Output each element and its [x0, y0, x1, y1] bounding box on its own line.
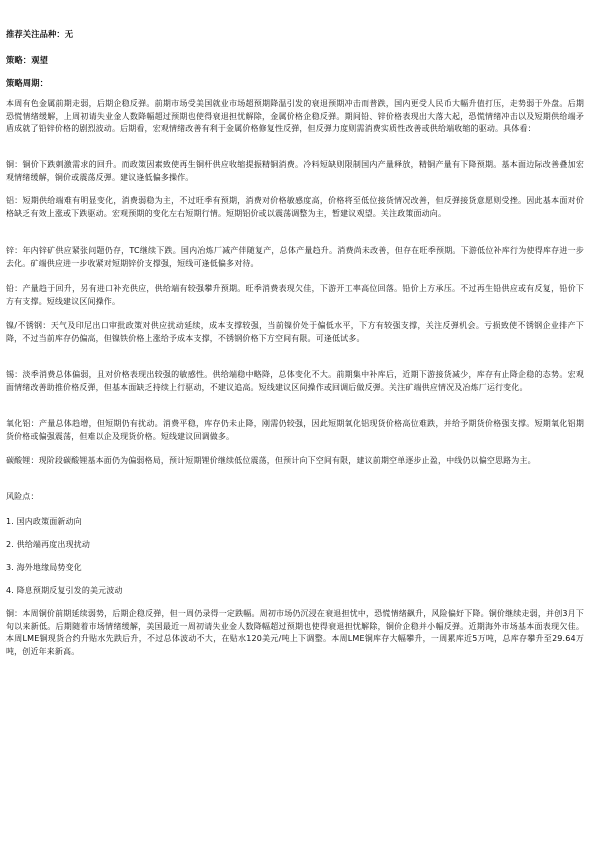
- nickel-stainless-paragraph: 镍/不锈钢：天气及印尼出口审批政策对供应扰动延续，成本支撑较强，当前镍价处于偏低…: [6, 320, 584, 345]
- risk-item: 4. 降息预期反复引发的美元波动: [6, 585, 584, 598]
- alumina-paragraph: 氧化铝：产量总体趋增，但短期仍有扰动。消费平稳，库存仍未止降，刚需仍较强，因此短…: [6, 418, 584, 443]
- tin-paragraph: 锡：淡季消费总体偏弱，且对价格表现出较强的敏感性。供给端稳中略降，总体变化不大。…: [6, 369, 584, 394]
- lead-paragraph: 铅：产量趋于回升，另有进口补充供应，供给端有较强攀升预期。旺季消费表现欠佳，下游…: [6, 283, 584, 308]
- zinc-paragraph: 锌：年内锌矿供应紧张问题仍存，TC继续下跌。国内冶炼厂减产伴随复产，总体产量趋升…: [6, 245, 584, 270]
- copper-paragraph: 铜：铜价下跌刺激需求的回升。而政策因素致使再生铜杆供应收缩提振精铜消费。冷料短缺…: [6, 159, 584, 184]
- weekly-summary-paragraph: 本周有色金属前期走弱，后期企稳反弹。前期市场受美国就业市场超预期降温引发的衰退预…: [6, 98, 584, 136]
- strategy-label: 策略：观望: [6, 54, 584, 67]
- risk-item: 3. 海外地缘局势变化: [6, 562, 584, 575]
- copper-detail-paragraph: 铜：本周铜价前期延续弱势，后期企稳反弹，但一周仍录得一定跌幅。周初市场仍沉浸在衰…: [6, 608, 584, 658]
- recommended-varieties: 推荐关注品种：无: [6, 28, 584, 41]
- lithium-carbonate-paragraph: 碳酸锂：现阶段碳酸锂基本面仍为偏弱格局，预计短期锂价继续低位震荡，但预计向下空间…: [6, 455, 584, 468]
- risk-points-title: 风险点：: [6, 491, 584, 504]
- aluminum-paragraph: 铝：短期供给端难有明显变化，消费弱稳为主，不过旺季有预期，消费对价格敏感度高，价…: [6, 195, 584, 220]
- risk-item: 1. 国内政策面新动向: [6, 516, 584, 529]
- risk-item: 2. 供给端再度出现扰动: [6, 539, 584, 552]
- strategy-period-label: 策略周期：: [6, 77, 584, 90]
